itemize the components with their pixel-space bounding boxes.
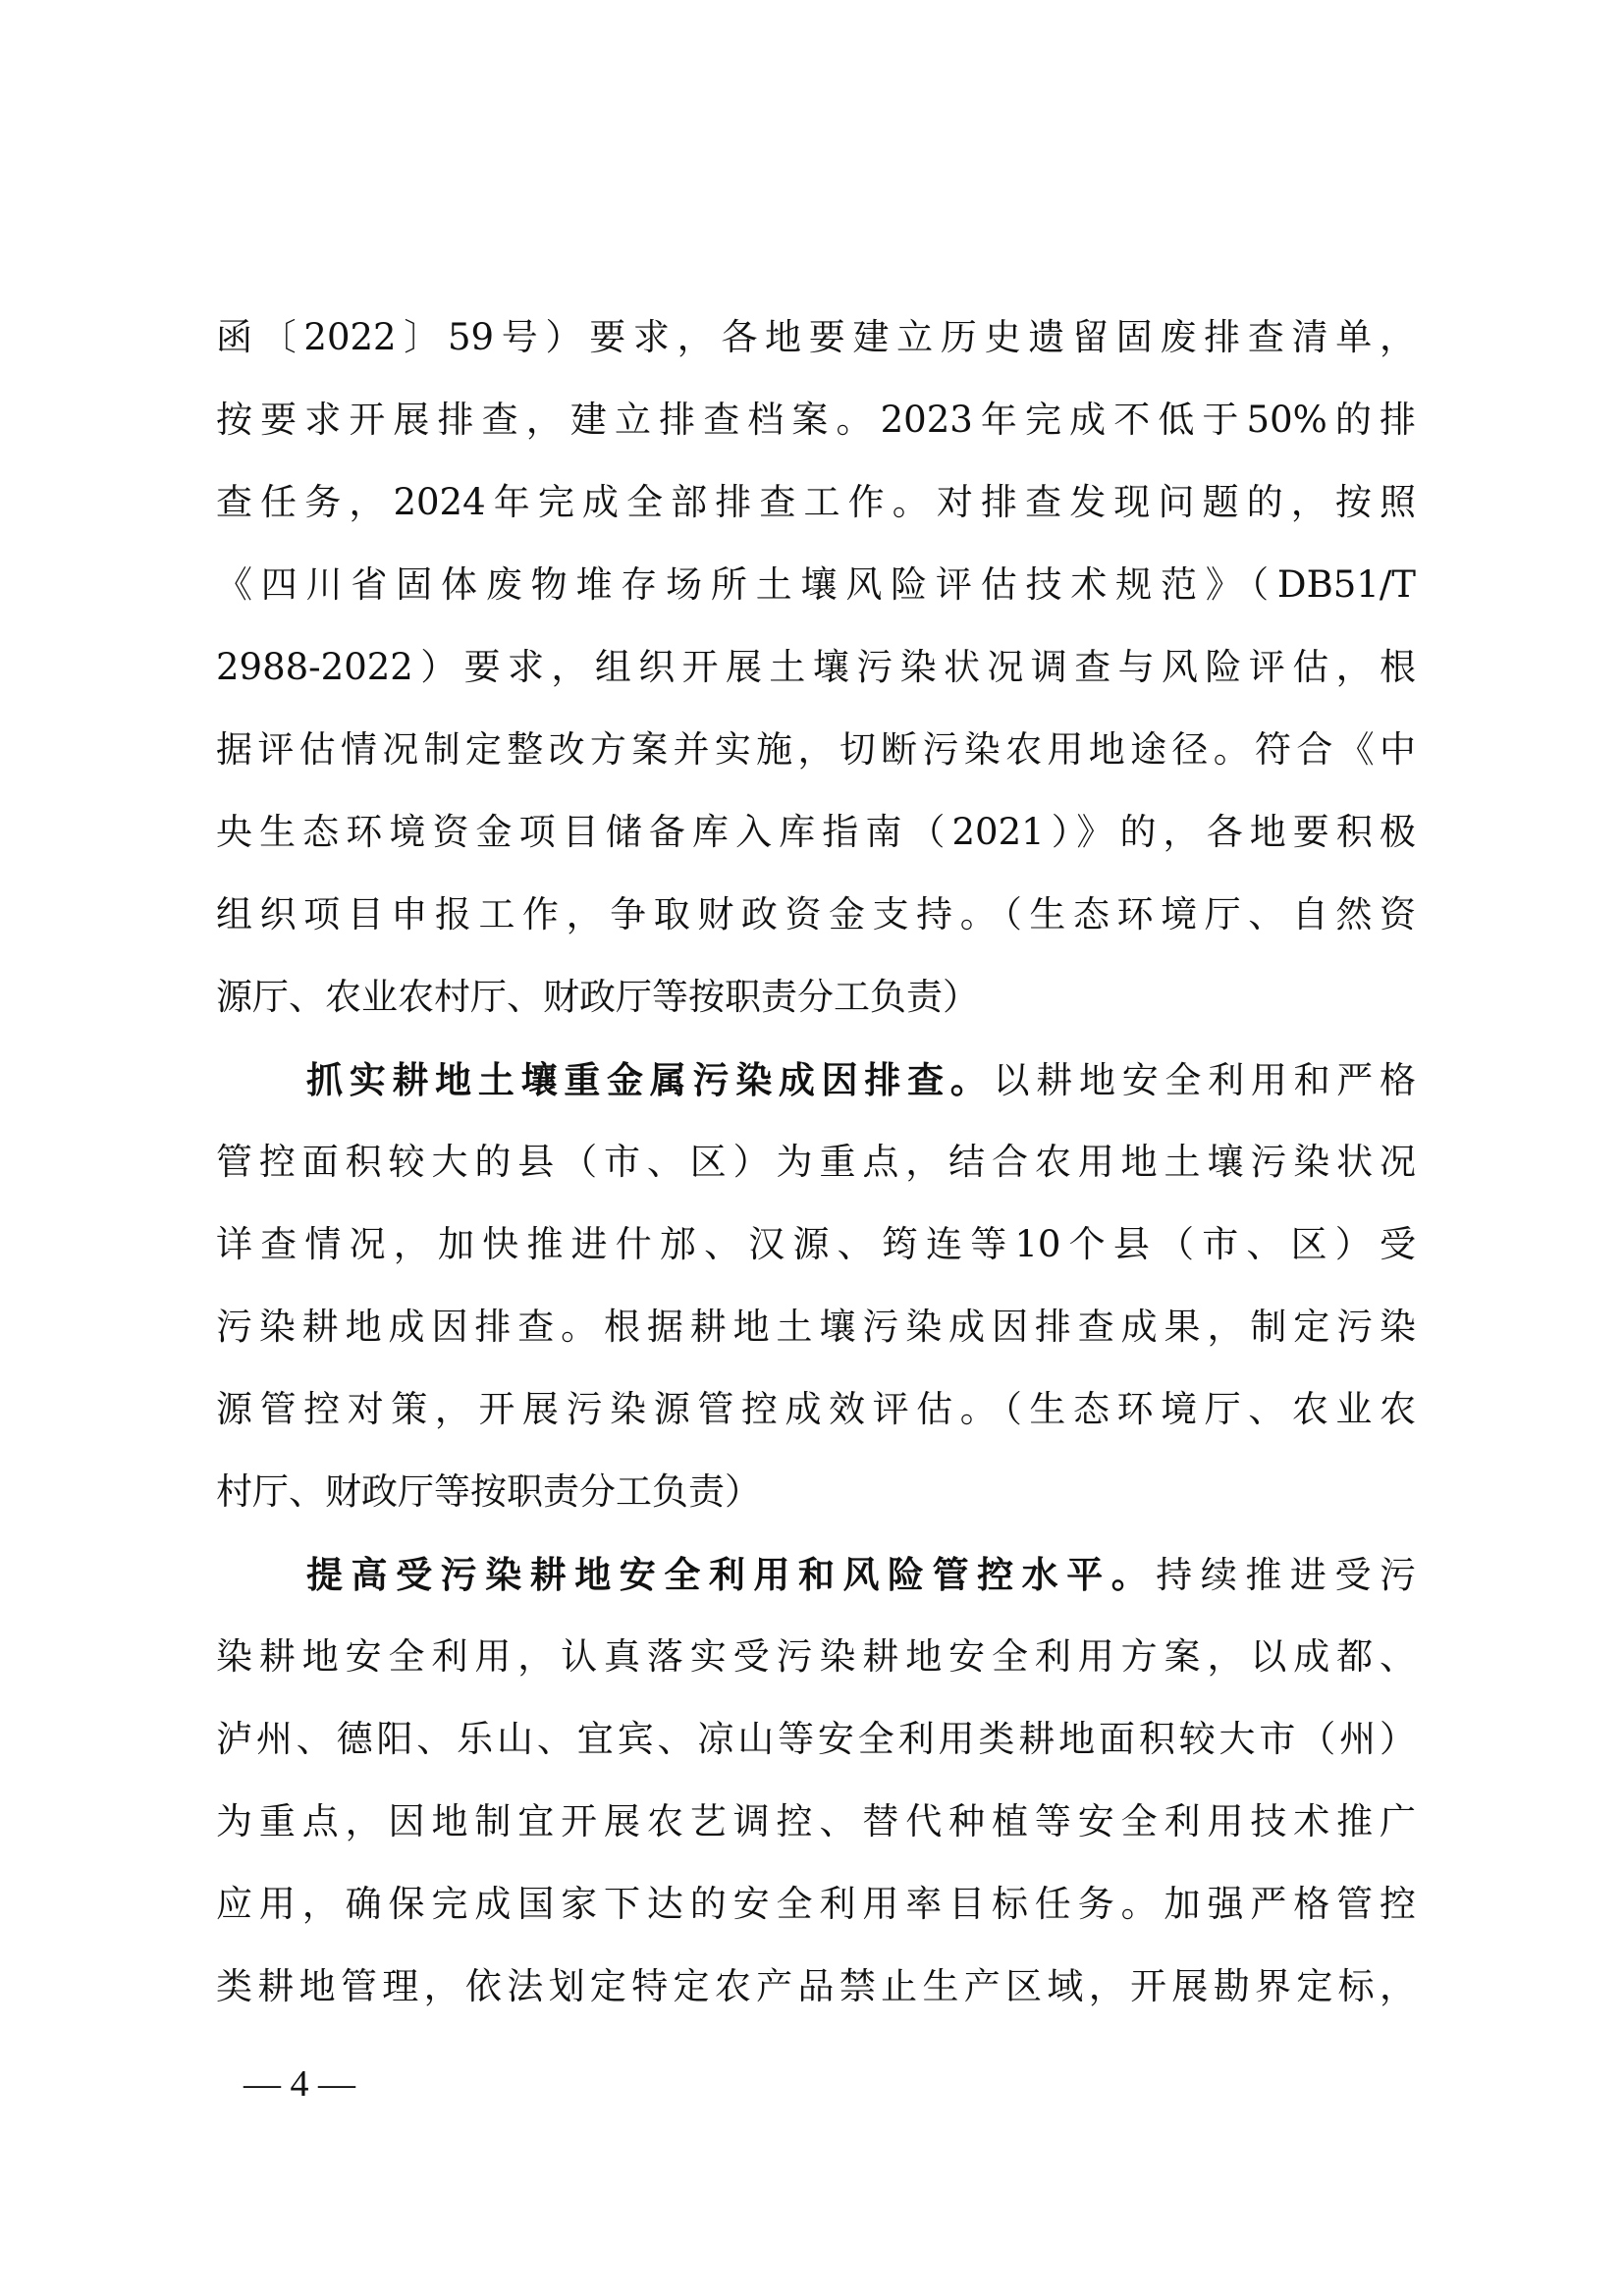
section-heading: 提高受污染耕地安全利用和风险管控水平。 xyxy=(306,1553,1156,1596)
text-line: 函〔2022〕59号）要求，各地要建立历史遗留固废排查清单， xyxy=(216,296,1416,379)
document-page: 函〔2022〕59号）要求，各地要建立历史遗留固废排查清单， 按要求开展排查，建… xyxy=(0,0,1624,2296)
section-first-line: 抓实耕地土壤重金属污染成因排查。以耕地安全利用和严格 xyxy=(216,1039,1416,1121)
text-line: 管控面积较大的县（市、区）为重点，结合农用地土壤污染状况 xyxy=(216,1121,1416,1203)
section-text: 以耕地安全利用和严格 xyxy=(994,1059,1416,1101)
text-line: 按要求开展排查，建立排查档案。2023年完成不低于50%的排 xyxy=(216,379,1416,461)
section-text: 持续推进受污 xyxy=(1156,1554,1416,1596)
text-line: 据评估情况制定整改方案并实施，切断污染农用地途径。符合《中 xyxy=(216,709,1416,791)
page-number: — 4 — xyxy=(244,2059,355,2109)
text-line: 泸州、德阳、乐山、宜宾、凉山等安全利用类耕地面积较大市（州） xyxy=(216,1698,1416,1781)
text-line: 染耕地安全利用，认真落实受污染耕地安全利用方案，以成都、 xyxy=(216,1616,1416,1698)
section-first-line: 提高受污染耕地安全利用和风险管控水平。持续推进受污 xyxy=(216,1533,1416,1616)
text-line: 源管控对策，开展污染源管控成效评估。（生态环境厅、农业农 xyxy=(216,1368,1416,1451)
text-line: 央生态环境资金项目储备库入库指南（2021）》的，各地要积极 xyxy=(216,791,1416,874)
section-heading: 抓实耕地土壤重金属污染成因排查。 xyxy=(306,1058,994,1101)
text-line: 类耕地管理，依法划定特定农产品禁止生产区域，开展勘界定标， xyxy=(216,1946,1416,2028)
text-line: 为重点，因地制宜开展农艺调控、替代种植等安全利用技术推广 xyxy=(216,1781,1416,1863)
text-line: 查任务，2024年完成全部排查工作。对排查发现问题的，按照 xyxy=(216,461,1416,544)
text-line: 应用，确保完成国家下达的安全利用率目标任务。加强严格管控 xyxy=(216,1863,1416,1946)
text-line: 源厅、农业农村厅、财政厅等按职责分工负责） xyxy=(216,956,1416,1039)
text-line: 《四川省固体废物堆存场所土壤风险评估技术规范》（DB51/T xyxy=(216,544,1416,626)
text-line: 污染耕地成因排查。根据耕地土壤污染成因排查成果，制定污染 xyxy=(216,1286,1416,1368)
text-line: 村厅、财政厅等按职责分工负责） xyxy=(216,1451,1416,1533)
text-line: 2988-2022）要求，组织开展土壤污染状况调查与风险评估，根 xyxy=(216,626,1416,709)
text-line: 组织项目申报工作，争取财政资金支持。（生态环境厅、自然资 xyxy=(216,874,1416,956)
text-line: 详查情况，加快推进什邡、汉源、筠连等10个县（市、区）受 xyxy=(216,1203,1416,1286)
body-text: 函〔2022〕59号）要求，各地要建立历史遗留固废排查清单， 按要求开展排查，建… xyxy=(216,296,1416,2028)
